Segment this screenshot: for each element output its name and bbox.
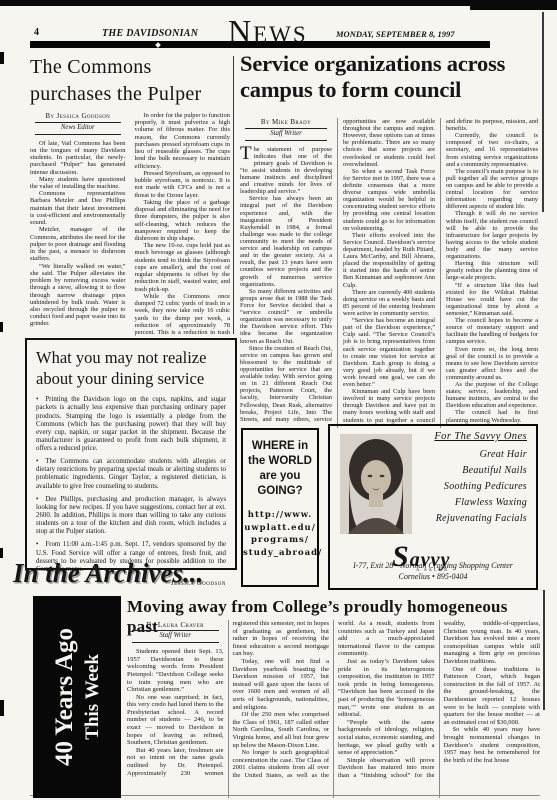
archives-paragraph: “People with the same backgrounds of ide…	[338, 719, 435, 757]
study-abroad-ad: WHERE inthe WORLDare youGOING? http://ww…	[241, 428, 319, 587]
scan-artifact-left-1	[0, 52, 4, 64]
dining-bullet: Dee Phillips, purchasing and production …	[36, 496, 226, 537]
savvy-service: Great Hair	[436, 447, 527, 463]
sidebar-line-1: 40 Years Ago	[51, 628, 79, 766]
service-article-body: By Mike Brady Staff Writer The statement…	[240, 118, 538, 428]
forty-years-ago-sidebar: 40 Years Ago This Week	[33, 596, 121, 798]
archives-paragraph: Just as today’s Davidson takes pride in …	[338, 658, 435, 719]
salon-model-photo	[340, 434, 412, 534]
scan-artifact-left-4	[0, 700, 4, 716]
study-abroad-headline: WHERE inthe WORLDare youGOING?	[243, 439, 317, 499]
drop-cap: T	[240, 146, 254, 161]
masthead: THE DAVIDSONIAN	[102, 28, 198, 39]
service-headline: Service organizations across campus to f…	[240, 51, 540, 104]
scan-artifact-right-rule-2	[543, 590, 545, 710]
study-abroad-headline-line: are you	[243, 469, 317, 484]
study-abroad-headline-line: the WORLD	[243, 454, 317, 469]
pulper-paragraph: Commons representatives Barbara Metzler …	[30, 190, 126, 226]
archives-byline-block: By Laura Craver Staff Writer	[132, 621, 219, 643]
pulper-paragraph: In order for the pulper to function prop…	[135, 112, 231, 170]
service-paragraph: So many different activities and groups …	[240, 288, 332, 345]
savvy-service: Beautiful Nails	[436, 463, 527, 479]
archives-paragraph: No one was surprised; in fact, this very…	[127, 694, 224, 747]
savvy-salon-ad: For The Savvy Ones Great HairBeautiful N…	[328, 424, 538, 590]
page-number: 4	[34, 27, 39, 38]
archives-paragraph: Today, one will not find a Davidson year…	[233, 658, 330, 711]
savvy-address: I-77, Exit 28 • Norman Crossing Shopping…	[330, 561, 536, 583]
dining-box-bullets: Printing the Davidson logo on the cups, …	[36, 396, 226, 574]
header-rule	[30, 41, 490, 48]
study-abroad-url-line: http://www.	[243, 509, 317, 522]
scan-artifact-top-right	[470, 0, 557, 10]
dining-info-box: What you may not realize about your dini…	[25, 338, 237, 570]
archives-byline-title: Staff Writer	[132, 631, 219, 643]
study-abroad-url-line: study_abroad/	[243, 547, 317, 560]
service-paragraph: “Service has become an integral part of …	[343, 317, 435, 388]
archives-paragraphs: Students opened their Sept. 13, 1957 Dav…	[127, 620, 540, 779]
newspaper-page: 4 THE DAVIDSONIAN NEWS MONDAY, SEPTEMBER…	[0, 0, 557, 800]
pulper-paragraph: Of late, Vail Commons has been on the to…	[30, 140, 126, 176]
study-abroad-headline-line: GOING?	[243, 484, 317, 499]
archives-byline: By Laura Craver	[132, 621, 219, 631]
service-paragraph: Though it will do no service within itse…	[446, 210, 538, 260]
savvy-service: Rejuvenating Facials	[436, 511, 527, 527]
pulper-paragraph: The new 10-oz. cups hold just as much be…	[135, 242, 231, 293]
service-paragraph: Their efforts evolved into the Service C…	[343, 232, 435, 289]
service-paragraph: “If a structure like this had existed fo…	[446, 282, 538, 318]
dining-bullet: Printing the Davidson logo on the cups, …	[36, 396, 226, 453]
archives-banner: In the Archives...	[13, 558, 203, 589]
service-lead-paragraph: The statement of purpose indicates that …	[240, 146, 332, 196]
service-paragraph: Service has always been an integral part…	[240, 195, 332, 287]
pulper-headline: The Commons purchases the Pulper	[30, 54, 220, 108]
archives-paragraph: So while 40 years may have brought monum…	[444, 726, 541, 764]
pulper-paragraph: Metzler, manager of the Commons, attribu…	[30, 226, 126, 262]
study-abroad-url-line: programs/	[243, 534, 317, 547]
pulper-paragraph: “We literally walked on water,” she said…	[30, 263, 126, 328]
archives-paragraph: One of those traditions is Patterson Cou…	[444, 666, 541, 727]
pulper-article-body: By Jessica Goodson News Editor Of late, …	[30, 112, 230, 338]
service-paragraph: So when a second Task Force for Service …	[343, 168, 435, 232]
pulper-paragraph: Many students have questioned the value …	[30, 176, 126, 190]
service-paragraph: The council had its first planning meeti…	[446, 409, 538, 423]
service-byline-block: By Mike Brady Staff Writer	[245, 119, 327, 141]
archives-paragraph: Of the 250 men who comprised the Class o…	[233, 711, 330, 749]
pulper-byline-block: By Jessica Goodson News Editor	[35, 113, 121, 135]
study-abroad-url-line: uwplatt.edu/	[243, 522, 317, 535]
study-abroad-url: http://www.uwplatt.edu/programs/study_ab…	[243, 509, 317, 560]
scan-artifact-left-3	[0, 548, 3, 558]
dining-box-title: What you may not realize about your dini…	[36, 347, 226, 389]
archives-paragraph: Students opened their Sept. 13, 1957 Dav…	[127, 648, 224, 694]
service-paragraph: As the purpose of the College states; se…	[446, 381, 538, 409]
column-divider	[233, 56, 234, 334]
savvy-services-list: Great HairBeautiful NailsSoothing Pedicu…	[436, 447, 527, 527]
savvy-tagline: For The Savvy Ones	[434, 431, 527, 442]
pulper-paragraphs: Of late, Vail Commons has been on the to…	[30, 112, 230, 338]
savvy-address-line-1: I-77, Exit 28 • Norman Crossing Shopping…	[330, 561, 536, 572]
pulper-paragraph: Taking the place of a garbage disposal a…	[135, 199, 231, 242]
service-lead-text: he statement of purpose indicates that o…	[240, 146, 332, 196]
dining-bullet: The Commons can accommodate students wit…	[36, 458, 226, 491]
issue-date: MONDAY, SEPTEMBER 8, 1997	[336, 29, 454, 39]
service-paragraph: The council’s main purpose is to pull to…	[446, 168, 538, 211]
service-paragraph: Currently, the council is composed of tw…	[446, 132, 538, 168]
pulper-byline-title: News Editor	[35, 123, 121, 135]
archives-article-body: By Laura Craver Staff Writer Students op…	[127, 620, 540, 798]
savvy-service: Flawless Waxing	[436, 495, 527, 511]
service-paragraph: The council hopes to become a source of …	[446, 317, 538, 345]
study-abroad-headline-line: WHERE in	[243, 439, 317, 454]
savvy-service: Soothing Pedicures	[436, 479, 527, 495]
scan-artifact-right-rule	[542, 12, 544, 212]
service-paragraph: Having this structure will greatly reduc…	[446, 260, 538, 281]
service-byline: By Mike Brady	[245, 119, 327, 129]
sidebar-line-2: This Week	[82, 654, 104, 740]
pulper-byline: By Jessica Goodson	[35, 113, 121, 123]
scan-artifact-left-2	[0, 322, 3, 332]
savvy-address-line-2: Cornelius • 895-0404	[330, 572, 536, 583]
service-paragraph: There are currently 400 students doing s…	[343, 289, 435, 317]
pulper-paragraph: Pressed Styrofoam, as opposed to bubble …	[135, 170, 231, 199]
service-byline-title: Staff Writer	[245, 129, 327, 141]
service-paragraph: Even more so, the long term goal of the …	[446, 346, 538, 382]
